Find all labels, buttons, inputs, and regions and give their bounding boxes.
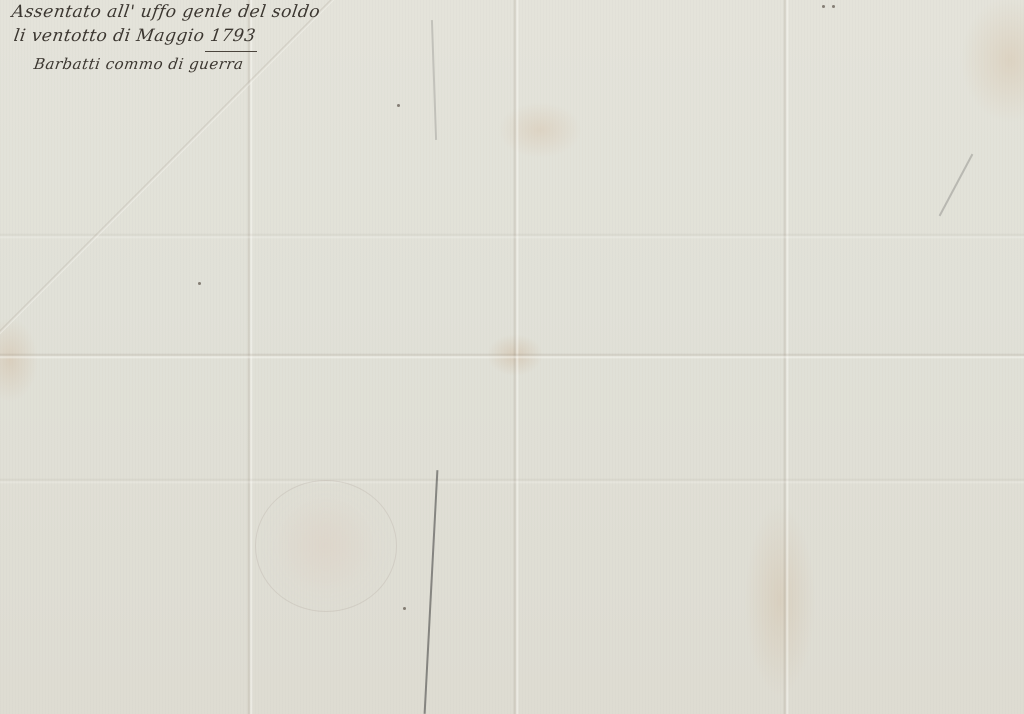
ink-speck <box>403 607 406 610</box>
ink-speck <box>832 5 835 8</box>
ink-speck <box>198 282 201 285</box>
seal-impression <box>255 480 397 612</box>
endorsement-signature: Barbatti commo di guerra <box>32 52 321 76</box>
date-underline <box>205 51 257 52</box>
crease-line <box>939 154 974 217</box>
handwritten-endorsement: Assentato all' uffo genle del soldo li v… <box>12 0 320 76</box>
crease-line <box>431 20 437 140</box>
endorsement-line-1: Assentato all' uffo genle del soldo <box>10 0 321 24</box>
ink-speck <box>822 5 825 8</box>
horizontal-fold-middle <box>0 353 1024 359</box>
horizontal-fold-upper <box>0 233 1024 239</box>
horizontal-fold-lower <box>0 478 1024 484</box>
document-sheet: Assentato all' uffo genle del soldo li v… <box>0 0 1024 714</box>
ink-speck <box>397 104 400 107</box>
crease-line <box>424 470 439 714</box>
endorsement-line-2: li ventotto di Maggio 1793 <box>12 24 321 48</box>
